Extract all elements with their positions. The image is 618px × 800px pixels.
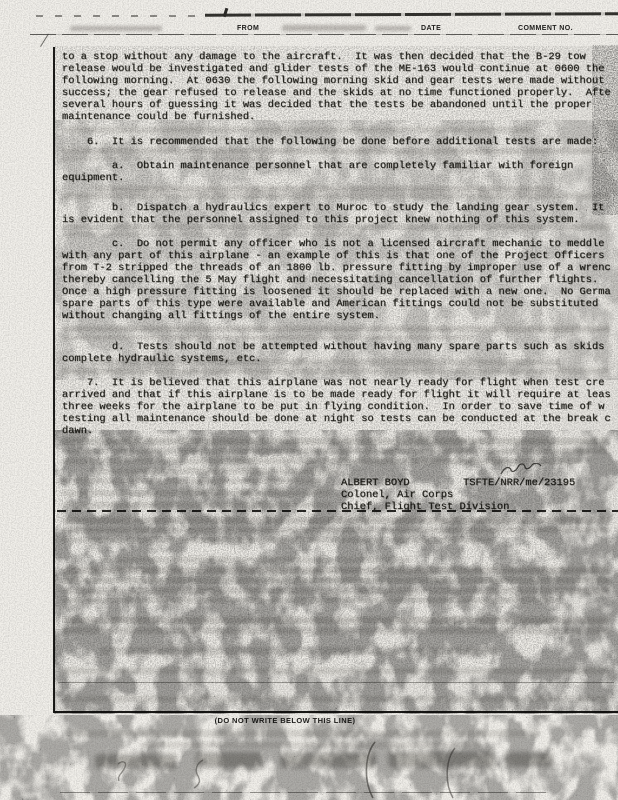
- paragraph-6c: c. Do not permit any officer who is not …: [62, 238, 611, 322]
- paragraph-intro: to a stop without any damage to the airc…: [62, 51, 611, 123]
- top-rule-thick: [205, 12, 618, 16]
- comment-no-label: COMMENT NO.: [518, 25, 573, 32]
- paragraph-7: 7. It is believed that this airplane was…: [62, 377, 611, 437]
- signature-reference: TSFTE/NRR/me/23195: [463, 477, 575, 489]
- from-label: FROM: [237, 25, 259, 32]
- illegible-header-text: [282, 25, 366, 31]
- scanned-memo-page: FROM DATE COMMENT NO. to a stop without …: [0, 0, 618, 800]
- do-not-write-label: (DO NOT WRITE BELOW THIS LINE): [0, 716, 570, 725]
- top-rule-dashes: [36, 15, 205, 17]
- dashed-separator: [57, 510, 618, 512]
- faint-rule: [58, 682, 614, 683]
- pen-marks: [0, 730, 618, 800]
- frame-corner-flick: [40, 34, 59, 54]
- date-label: DATE: [421, 25, 441, 32]
- illegible-header-text: [70, 26, 162, 31]
- header-underline: [30, 34, 618, 35]
- paragraph-6b: b. Dispatch a hydraulics expert to Muroc…: [62, 202, 604, 226]
- signature-rank: Colonel, Air Corps: [341, 489, 453, 501]
- frame-bottom-border: [54, 711, 618, 713]
- handwritten-initials-mark: [498, 463, 548, 477]
- paragraph-6: 6. It is recommended that the following …: [62, 136, 598, 148]
- signature-name: ALBERT BOYD: [341, 477, 410, 489]
- frame-left-border: [53, 47, 55, 713]
- paragraph-6a: a. Obtain maintenance personnel that are…: [62, 160, 573, 184]
- illegible-header-text: [375, 26, 411, 31]
